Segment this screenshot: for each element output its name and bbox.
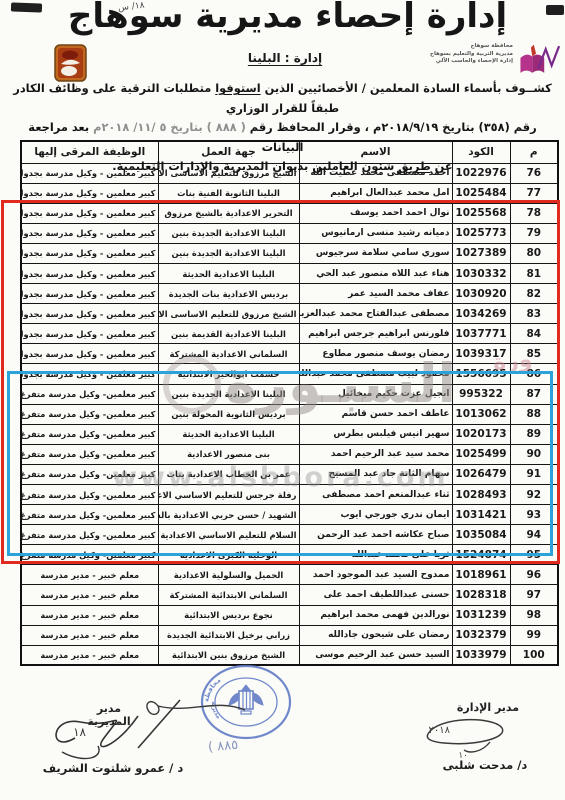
- col-header-name: الاسم: [299, 141, 452, 163]
- cell-position: كبير معلمين - وكيل مدرسة بجدول: [21, 183, 158, 203]
- watermark-url: www.alsbbora.com: [112, 462, 449, 493]
- cell-number: 88: [510, 404, 558, 424]
- cell-code: 1027389: [452, 243, 510, 263]
- cell-workplace: البلينا الاعدادية الحديثة: [158, 424, 299, 444]
- cell-number: 82: [510, 284, 558, 304]
- cell-name: سوري سامي سلامة سرجيوس: [299, 243, 452, 263]
- right-signature-year: ٢٠١٨: [429, 725, 451, 736]
- cell-number: 94: [510, 525, 558, 545]
- watermark-logo-swirl: [163, 356, 221, 414]
- table-row: 95 1524874 ثريا على محمد عبدالله الوحلية…: [21, 545, 558, 565]
- col-header-workplace: جهة العمل: [158, 141, 299, 163]
- cell-code: 1033979: [452, 645, 510, 665]
- cell-code: 1032379: [452, 625, 510, 645]
- cell-code: 1022976: [452, 163, 510, 183]
- cell-position: كبير معلمين- وكيل مدرسة متفرغ: [21, 545, 158, 565]
- cell-code: 1031239: [452, 605, 510, 625]
- cell-code: 1020173: [452, 424, 510, 444]
- cell-position: كبير معلمين - وكيل مدرسة بجدول: [21, 284, 158, 304]
- cell-code: 1028493: [452, 485, 510, 505]
- cell-position: معلم خبير - مدير مدرسة: [21, 625, 158, 645]
- cell-name: السيد حسن عبد الرحيم موسى: [299, 645, 452, 665]
- logo-caption-line3: إدارة الإحصاء والحاسب الآلي: [430, 58, 513, 66]
- table-row: 81 1030332 هناء عبد اللاه منصور عبد الحي…: [21, 263, 558, 283]
- cell-number: 78: [510, 203, 558, 223]
- cell-code: 1030332: [452, 263, 510, 283]
- cell-workplace: زرابي برخيل الابتدائية الجديدة: [158, 625, 299, 645]
- cell-name: عفاف محمد السيد عمر: [299, 284, 452, 304]
- table-header-row: م الكود الاسم جهة العمل الوظيفة المرقى إ…: [21, 141, 558, 163]
- cell-name: ممدوح السيد عبد الموجود احمد: [299, 565, 452, 585]
- page-title: إدارة إحصاء مديرية سوهاج: [40, 0, 535, 36]
- cell-position: كبير معلمين - وكيل مدرسة بجدول: [21, 203, 158, 223]
- scan-mark-top-left: [11, 2, 42, 12]
- table-row: 77 1025484 امل محمد عبدالعال ابراهيم الب…: [21, 183, 558, 203]
- cell-number: 96: [510, 565, 558, 585]
- cell-code: 1037771: [452, 324, 510, 344]
- cell-number: 92: [510, 485, 558, 505]
- cell-name: نوال احمد احمد يوسف: [299, 203, 452, 223]
- cell-position: كبير معلمين - وكيل مدرسة بجدول: [21, 304, 158, 324]
- cell-position: كبير معلمين- وكيل مدرسة متفرغ: [21, 424, 158, 444]
- cell-number: 83: [510, 304, 558, 324]
- cell-number: 81: [510, 263, 558, 283]
- scanned-document-page: إدارة إحصاء مديرية سوهاج ١٨/ س محافظة سو…: [0, 0, 565, 800]
- watermark-site-name: السبـورة: [225, 352, 456, 415]
- table-row: 94 1035084 صباح عكاشه احمد عبد الرحمن ال…: [21, 525, 558, 545]
- cell-position: معلم خبير - مدير مدرسة: [21, 585, 158, 605]
- cell-number: 98: [510, 605, 558, 625]
- table-row: 80 1027389 سوري سامي سلامة سرجيوس البلين…: [21, 243, 558, 263]
- table-row: 93 1031421 ايمان ندري جورجي ايوب الشهيد …: [21, 505, 558, 525]
- cell-number: 91: [510, 464, 558, 484]
- table-row: 76 1022976 احمد مصطفى محمد عطيت الله الش…: [21, 163, 558, 183]
- cell-workplace: البلينا الاعدادية القديمة بنين: [158, 324, 299, 344]
- table-row: 99 1032379 رمضان على شيحون جادالله زرابي…: [21, 625, 558, 645]
- cell-workplace: البلينا الاعدادية الحديثة: [158, 263, 299, 283]
- cell-position: معلم خبير - مدير مدرسة: [21, 565, 158, 585]
- cell-workplace: الشيخ مرزوق للتعليم الاساسى الاعدادية: [158, 163, 299, 183]
- logo-caption: محافظة سوهاج مديرية التربية والتعليم بسو…: [430, 37, 513, 66]
- cell-number: 77: [510, 183, 558, 203]
- cell-name: حسنى عبداللطيف احمد على: [299, 585, 452, 605]
- cell-code: 1026479: [452, 464, 510, 484]
- table-row: 97 1028318 حسنى عبداللطيف احمد على السلم…: [21, 585, 558, 605]
- table-row: 78 1025568 نوال احمد احمد يوسف التحرير ا…: [21, 203, 558, 223]
- cell-code: 1025499: [452, 444, 510, 464]
- cell-number: 79: [510, 223, 558, 243]
- cell-workplace: الوحلية الكبرى الاعدادية: [158, 545, 299, 565]
- cell-workplace: برديس الاعدادية بنات الجديدة: [158, 284, 299, 304]
- table-row: 89 1020173 سهير انيس فيلبس بطرس البلينا …: [21, 424, 558, 444]
- cell-workplace: البلينا الثانوية الفنية بنات: [158, 183, 299, 203]
- cell-name: فلورنس ابراهيم جرجس ابراهيم: [299, 324, 452, 344]
- cell-name: نورالدين فهمى محمد ابراهيم: [299, 605, 452, 625]
- cell-code: 1030920: [452, 284, 510, 304]
- cell-position: كبير معلمين- وكيل مدرسة متفرغ: [21, 404, 158, 424]
- cell-code: 1034269: [452, 304, 510, 324]
- cell-position: كبير معلمين - وكيل مدرسة بجدول: [21, 163, 158, 183]
- cell-position: كبير معلمين - وكيل مدرسة بجدول: [21, 344, 158, 364]
- underlined-word: استوفوا: [215, 81, 260, 95]
- department-line: إدارة : البلينا: [200, 51, 370, 65]
- cell-workplace: السلام للتعليم الاساسي الاعدادية ببني حم…: [158, 525, 299, 545]
- cell-workplace: نجوع برديس الابتدائية: [158, 605, 299, 625]
- cell-code: 1035084: [452, 525, 510, 545]
- table-row: 83 1034269 مصطفى عبدالفتاح محمد عبدالعزي…: [21, 304, 558, 324]
- cell-workplace: السلماني الابتدائية المشتركة: [158, 585, 299, 605]
- cell-number: 89: [510, 424, 558, 444]
- cell-position: كبير معلمين- وكيل مدرسة متفرغ: [21, 525, 158, 545]
- cell-name: احمد مصطفى محمد عطيت الله: [299, 163, 452, 183]
- table-row: 96 1018961 ممدوح السيد عبد الموجود احمد …: [21, 565, 558, 585]
- cell-number: 95: [510, 545, 558, 565]
- cell-number: 99: [510, 625, 558, 645]
- logo-caption-line1: محافظة سوهاج: [430, 43, 513, 51]
- watermark-accent: ورة: [492, 347, 534, 376]
- cell-code: 1025568: [452, 203, 510, 223]
- cell-position: كبير معلمين - وكيل مدرسة بجدول: [21, 263, 158, 283]
- left-signature-year: ١٨: [73, 725, 86, 739]
- cell-number: 90: [510, 444, 558, 464]
- cell-name: دميانه رشيد منسى ارمانيوس: [299, 223, 452, 243]
- left-signature-name: د / عمرو شلتوت الشريف: [38, 761, 188, 775]
- cell-name: سهير انيس فيلبس بطرس: [299, 424, 452, 444]
- cell-workplace: البلينا الاعدادية الجديدة بنين: [158, 243, 299, 263]
- cell-name: ايمان ندري جورجي ايوب: [299, 505, 452, 525]
- cell-code: 1025773: [452, 223, 510, 243]
- col-header-position: الوظيفة المرقى إليها: [21, 141, 158, 163]
- cell-name: رمضان على شيحون جادالله: [299, 625, 452, 645]
- cell-name: ثريا على محمد عبدالله: [299, 545, 452, 565]
- intro-line-1: كشــوف بأسماء السادة المعلمين / الأخصائي…: [12, 79, 553, 118]
- logo-caption-line2: مديرية التربية والتعليم بسوهاج: [430, 51, 513, 59]
- cell-number: 93: [510, 505, 558, 525]
- table-row: 84 1037771 فلورنس ابراهيم جرجس ابراهيم ا…: [21, 324, 558, 344]
- cell-number: 100: [510, 645, 558, 665]
- cell-code: 1031421: [452, 505, 510, 525]
- cell-position: كبير معلمين - وكيل مدرسة بجدول: [21, 324, 158, 344]
- cell-workplace: الشيخ مرزوق للتعليم الاساسى الاعدادية: [158, 304, 299, 324]
- cell-number: 84: [510, 324, 558, 344]
- cell-number: 80: [510, 243, 558, 263]
- cell-workplace: التحرير الاعدادية بالشيخ مرزوق: [158, 203, 299, 223]
- cell-code: 1028318: [452, 585, 510, 605]
- cell-name: صباح عكاشه احمد عبد الرحمن: [299, 525, 452, 545]
- cell-name: مصطفى عبدالفتاح محمد عبدالعزيز: [299, 304, 452, 324]
- cell-position: كبير معلمين- وكيل مدرسة متفرغ: [21, 384, 158, 404]
- cell-workplace: الشهيد / حسن حربي الاعدادية بالسمطا: [158, 505, 299, 525]
- cell-workplace: البلينا الاعدادية الجديدة بنين: [158, 223, 299, 243]
- handwritten-decree-number: ( ٨٨٨ ) بتاريخ ٥ /١١/ ٢٠١٨م: [89, 120, 246, 134]
- cell-number: 97: [510, 585, 558, 605]
- cell-name: امل محمد عبدالعال ابراهيم: [299, 183, 452, 203]
- cell-position: كبير معلمين - وكيل مدرسة بجدول: [21, 243, 158, 263]
- table-row: 79 1025773 دميانه رشيد منسى ارمانيوس الب…: [21, 223, 558, 243]
- table-row: 82 1030920 عفاف محمد السيد عمر برديس الا…: [21, 284, 558, 304]
- cell-number: 76: [510, 163, 558, 183]
- cell-position: معلم خبير - مدير مدرسة: [21, 605, 158, 625]
- cell-number: 87: [510, 384, 558, 404]
- col-header-code: الكود: [452, 141, 510, 163]
- cell-position: كبير معلمين- وكيل مدرسة متفرغ: [21, 505, 158, 525]
- col-header-number: م: [510, 141, 558, 163]
- statistics-dept-logo: محافظة سوهاج مديرية التربية والتعليم بسو…: [430, 37, 562, 85]
- cell-code: 1025484: [452, 183, 510, 203]
- right-signature-name: د/ مدحت شلبى: [425, 758, 545, 772]
- scan-mark-top-right: [546, 5, 564, 15]
- cell-position: معلم خبير - مدير مدرسة: [21, 645, 158, 665]
- cell-code: 1013062: [452, 404, 510, 424]
- cell-code: 1018961: [452, 565, 510, 585]
- cell-code: 995322: [452, 384, 510, 404]
- cell-name: هناء عبد اللاه منصور عبد الحي: [299, 263, 452, 283]
- cell-code: 1524874: [452, 545, 510, 565]
- cell-workplace: الحميل والسلولية الاعدادية: [158, 565, 299, 585]
- book-chart-icon: [516, 37, 562, 85]
- cell-position: كبير معلمين - وكيل مدرسة بجدول: [21, 364, 158, 384]
- table-row: 98 1031239 نورالدين فهمى محمد ابراهيم نج…: [21, 605, 558, 625]
- cell-position: كبير معلمين - وكيل مدرسة بجدول: [21, 223, 158, 243]
